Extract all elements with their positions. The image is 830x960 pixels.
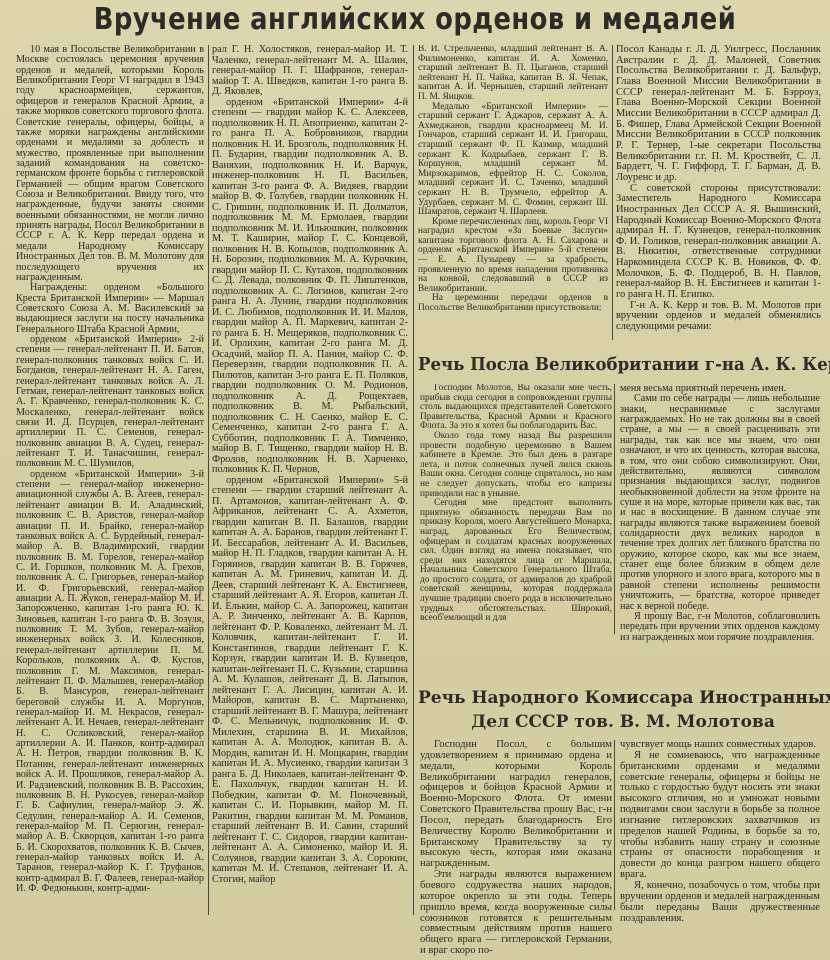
article-column-1: 10 мая в Посольстве Великобритании в Мос… [16, 45, 204, 915]
paragraph: Кроме перечисленных лиц, король Георг VI… [418, 218, 608, 295]
molotov-heading-line-1: Речь Народного Комиссара Иностранных [418, 686, 828, 710]
paragraph: Эти награды являются выражением боевого … [420, 870, 612, 957]
paragraph: Около года тому назад Вы разрешили прове… [420, 432, 612, 499]
newspaper-page: Вручение английских орденов и медалей 10… [0, 0, 830, 960]
paragraph: 10 мая в Посольстве Великобритании в Мос… [16, 45, 204, 283]
article-column-4: Посол Канады г. Л. Д. Уилгресс, Посланни… [616, 45, 821, 345]
paragraph: орденом «Британской Империи» 2-й степени… [16, 335, 204, 470]
column-divider [614, 384, 615, 634]
article-column-3: В. И. Стрельченко, младший лейтенант В. … [418, 45, 608, 315]
molotov-speech-column-2: чувствует мощь наших совместных ударов. … [620, 740, 820, 960]
paragraph: орденом «Британской Империи» 5-й степени… [212, 476, 408, 886]
paragraph: Сами по себе награды — лишь небольшие зн… [620, 394, 820, 612]
kerr-speech-column-2: меня весьма приятный перечень имен. Сами… [620, 384, 820, 649]
page-headline: Вручение английских орденов и медалей [58, 2, 772, 37]
paragraph: орденом «Британской Империи» 3-й степени… [16, 470, 204, 895]
molotov-speech-column-1: Господин Посол, с большим удовлетворение… [420, 740, 612, 960]
column-divider [612, 45, 613, 340]
column-divider [208, 45, 209, 915]
paragraph: Г-н А. К. Керр и тов. В. М. Молотов при … [616, 301, 821, 333]
column-divider [413, 45, 414, 915]
molotov-heading-line-2: Дел СССР тов. В. М. Молотова [418, 710, 828, 734]
molotov-speech-heading: Речь Народного Комиссара Иностранных Дел… [418, 686, 828, 734]
paragraph: орденом «Британской Империи» 4-й степени… [212, 98, 408, 476]
paragraph: Я, конечно, позабочусь о том, чтобы при … [620, 881, 820, 924]
paragraph: Награждены: орденом «Большого Креста Бри… [16, 283, 204, 335]
paragraph: Господин Молотов, Вы оказали мне честь, … [420, 384, 612, 432]
paragraph: рал Г. Н. Холостяков, генерал-майор И. Т… [212, 45, 408, 98]
paragraph: В. И. Стрельченко, младший лейтенант В. … [418, 45, 608, 103]
paragraph: На церемонии передачи орденов в Посольст… [418, 294, 608, 313]
paragraph: Сегодня мне предстоит выполнить приятную… [420, 499, 612, 624]
kerr-speech-column-1: Господин Молотов, Вы оказали мне честь, … [420, 384, 612, 634]
paragraph: Я не сомневаюсь, что награжденные британ… [620, 751, 820, 881]
paragraph: Я прошу Вас, г-н Молотов, соблаговолить … [620, 612, 820, 643]
column-divider [614, 740, 615, 910]
paragraph: С советской стороны присутствовали: Заме… [616, 184, 821, 301]
paragraph: Посол Канады г. Л. Д. Уилгресс, Посланни… [616, 45, 821, 184]
paragraph: Медалью «Британской Империи» — старший с… [418, 103, 608, 218]
paragraph: Господин Посол, с большим удовлетворение… [420, 740, 612, 870]
kerr-speech-heading: Речь Посла Великобритании г-на А. К. Кер… [418, 354, 795, 375]
article-column-2: рал Г. Н. Холостяков, генерал-майор И. Т… [212, 45, 408, 915]
